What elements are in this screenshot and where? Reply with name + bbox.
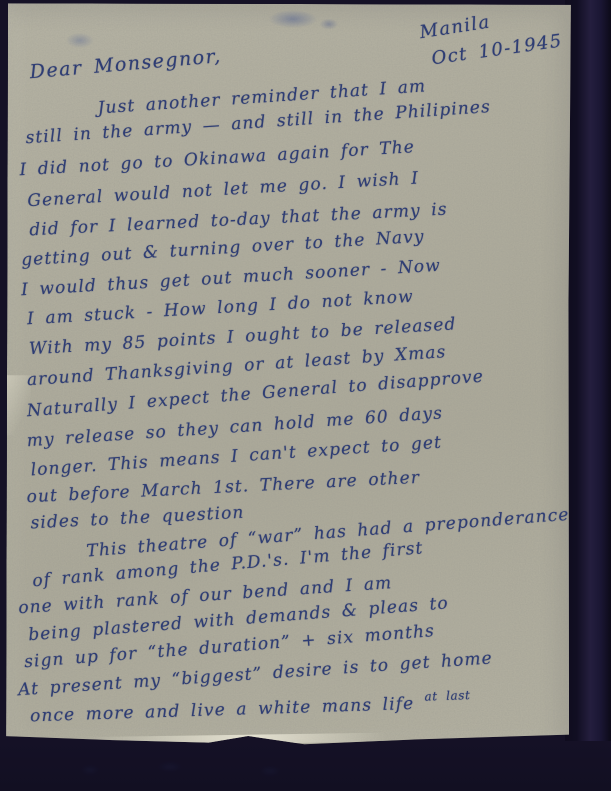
letter-page: Manila Oct 10-1945 Dear Monsegnor, Just … [6,3,571,745]
scan-background-band [565,0,611,791]
scanned-letter-image: Manila Oct 10-1945 Dear Monsegnor, Just … [0,0,611,791]
ink-bleed-ghost [60,758,360,780]
inserted-phrase: at last [424,688,470,703]
